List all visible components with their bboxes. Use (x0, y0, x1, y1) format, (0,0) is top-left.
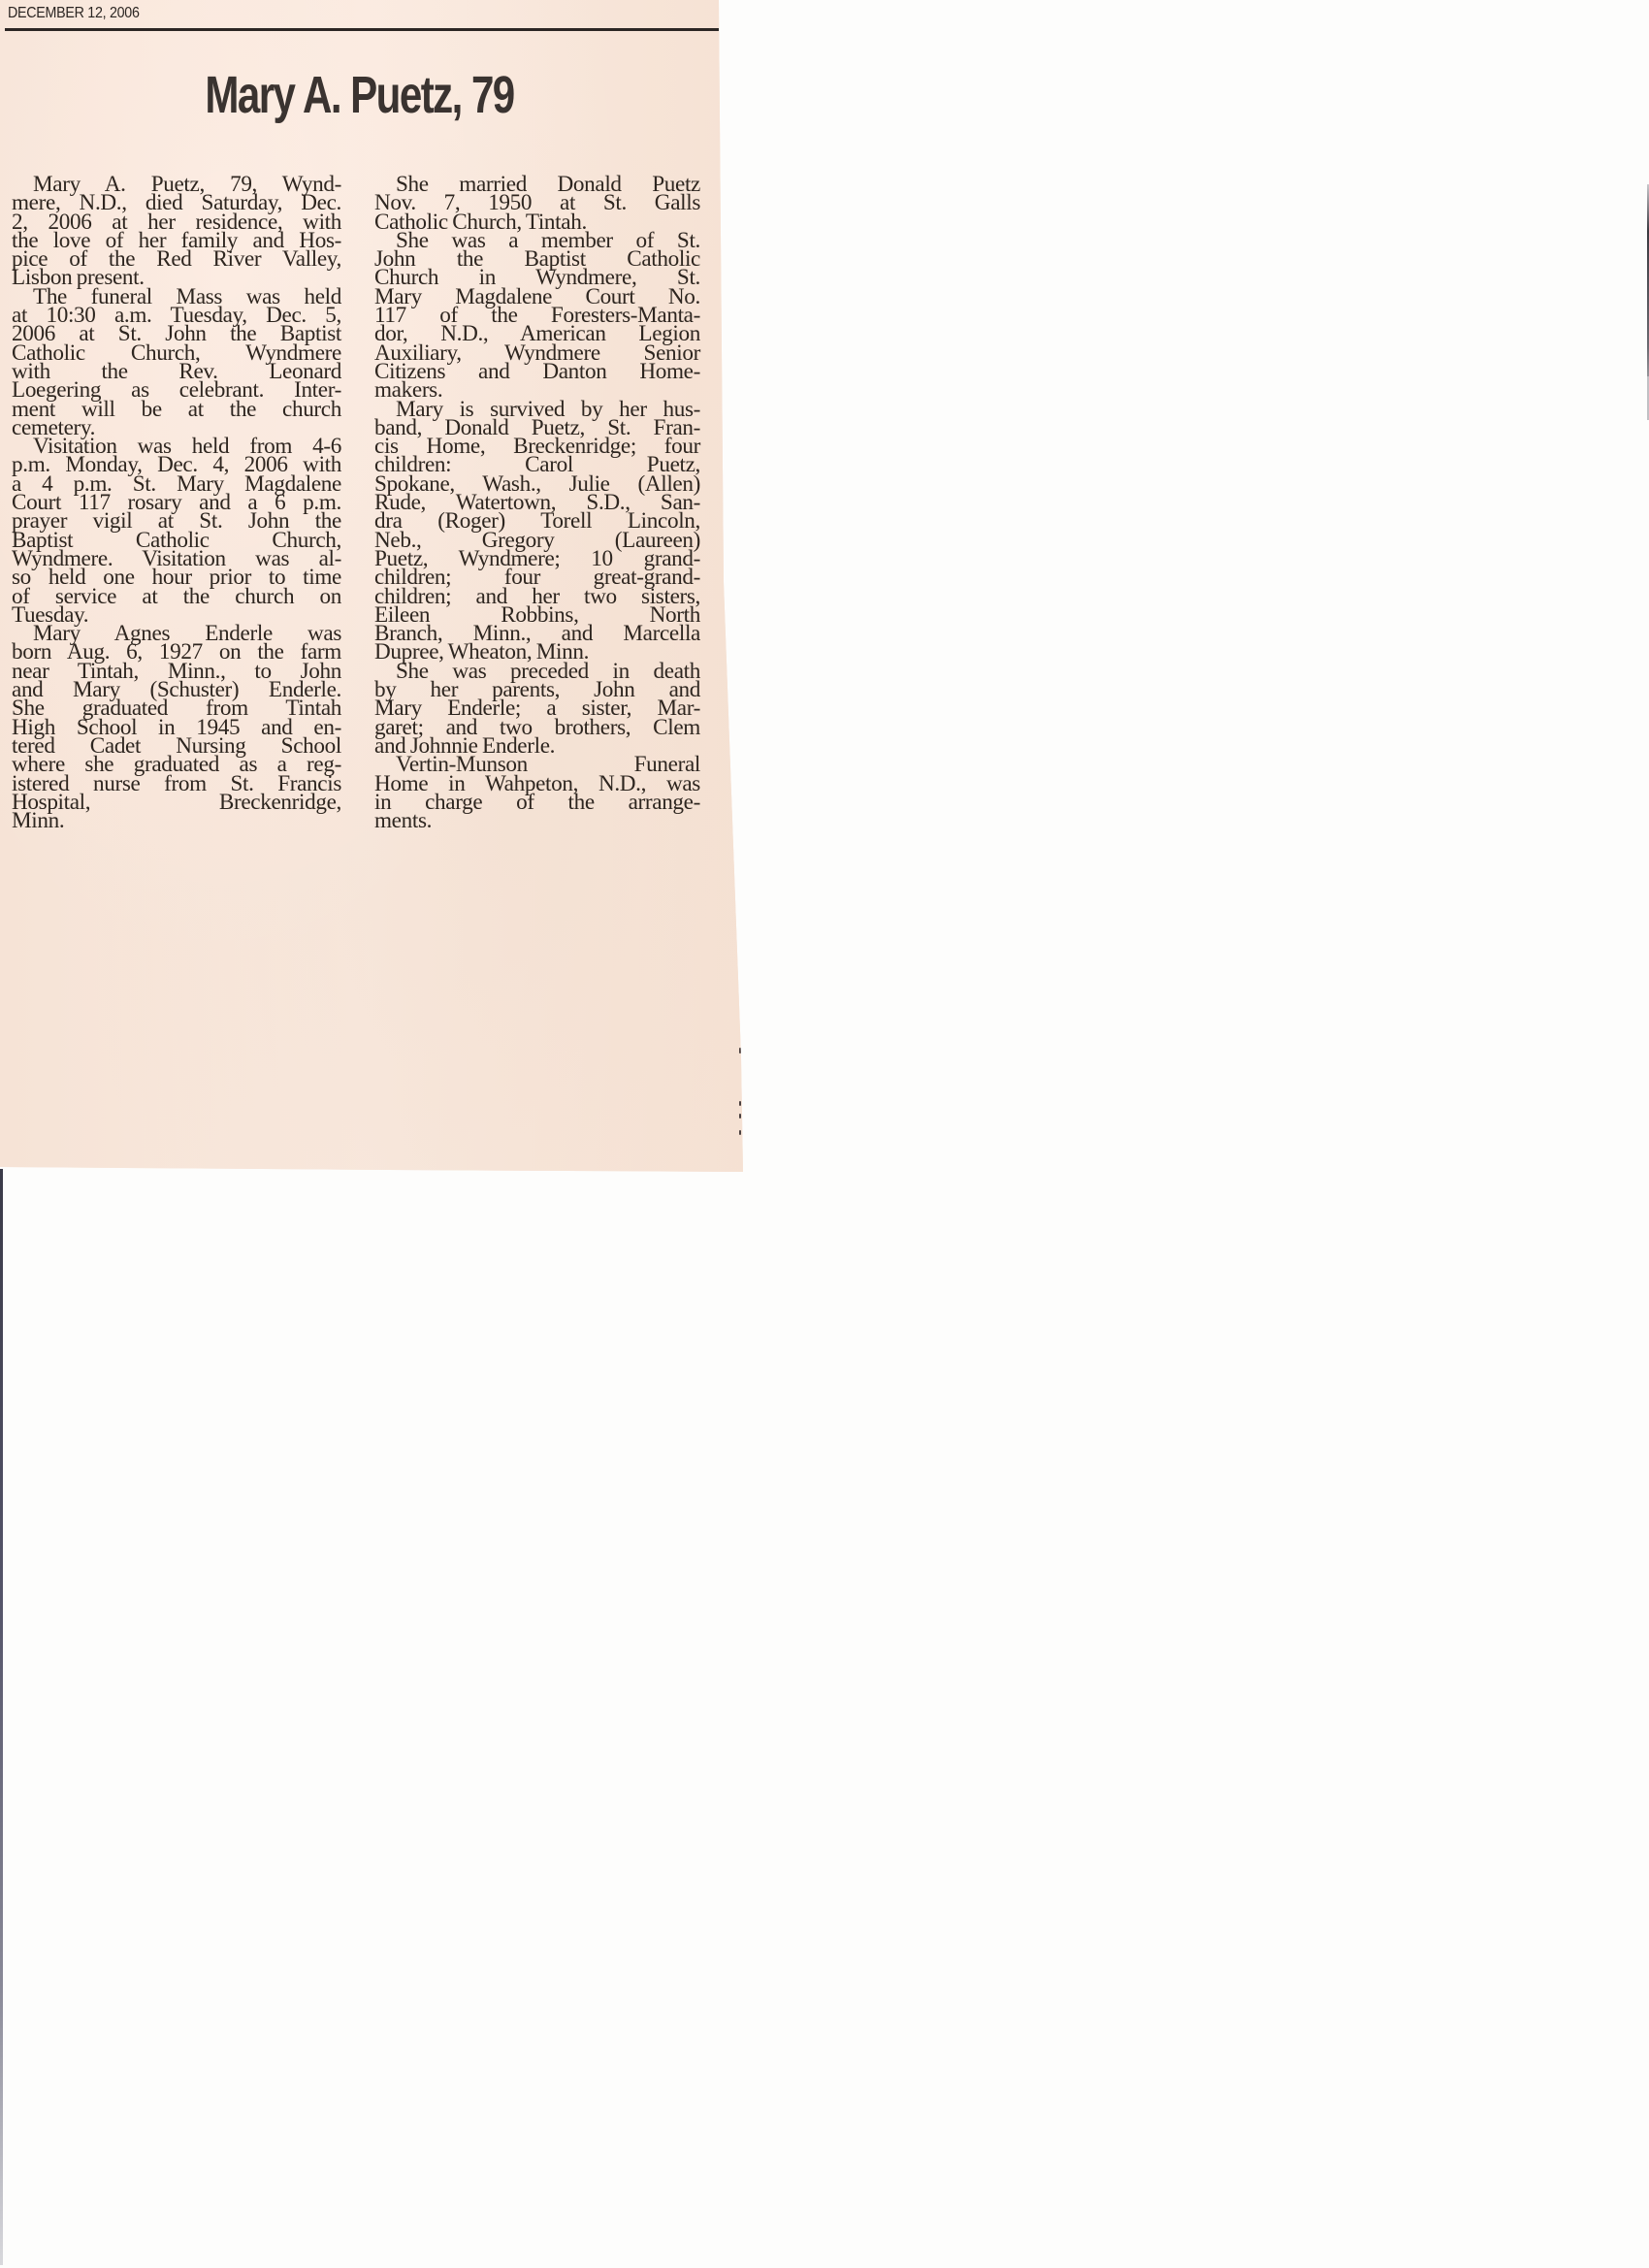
article-paragraph: She married Donald PuetzNov. 7, 1950 at … (374, 176, 700, 232)
article-paragraph: She was preceded in deathby her parents,… (374, 663, 700, 756)
article-paragraph: Mary Agnes Enderle wasborn Aug. 6, 1927 … (12, 625, 341, 830)
article-paragraph: She was a member of St.John the Baptist … (374, 232, 700, 401)
obituary-headline: Mary A. Puetz, 79 (80, 66, 640, 124)
article-paragraph: Visitation was held from 4-6p.m. Monday,… (12, 437, 341, 625)
dateline: DECEMBER 12, 2006 (8, 5, 140, 22)
header-rule (5, 28, 719, 31)
article-paragraph: Mary is survived by her hus-band, Donald… (374, 401, 700, 663)
article-paragraph: Mary A. Puetz, 79, Wynd-mere, N.D., died… (12, 176, 341, 288)
newspaper-clipping: DECEMBER 12, 2006 Mary A. Puetz, 79 Mary… (0, 0, 743, 1176)
article-column-left: Mary A. Puetz, 79, Wynd-mere, N.D., died… (12, 176, 341, 830)
text-line: Minn. (12, 812, 341, 830)
article-paragraph: Vertin-Munson FuneralHome in Wahpeton, N… (374, 756, 700, 830)
article-paragraph: The funeral Mass was heldat 10:30 a.m. T… (12, 288, 341, 437)
scan-edge-left (0, 1169, 3, 2265)
article-column-right: She married Donald PuetzNov. 7, 1950 at … (374, 176, 700, 830)
text-line: ments. (374, 812, 700, 830)
